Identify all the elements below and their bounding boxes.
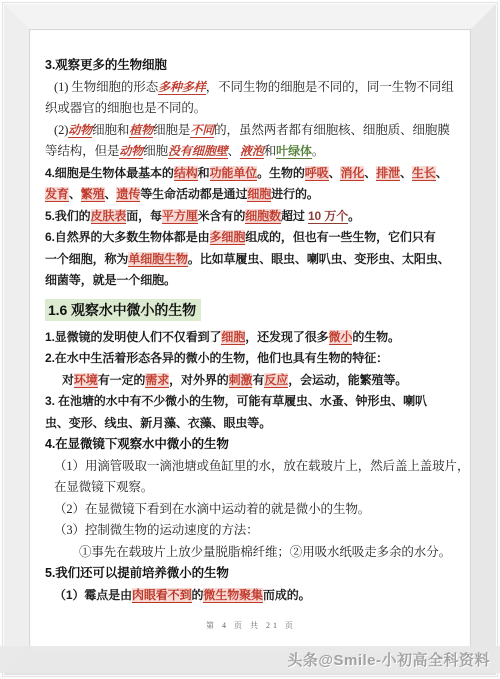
text-segment: 细菌等，就是一个细胞。 [45,273,176,287]
text-segment: 进行的。 [271,187,319,201]
watermark-bar: 头条@Smile-小初高全科资料 [0,646,500,673]
text-segment: 。 [348,209,360,223]
text-segment: 一个细胞，称为 [45,252,128,266]
text-segment: 叶绿体 [276,144,312,159]
text-segment: 不同 [190,123,214,138]
item-3b: 虫、变形、线虫、新月藻、衣藻、眼虫等。 [45,413,457,435]
text-segment: 4.在显微镜下观察水中微小的生物 [45,437,229,451]
text-segment: 等生命活动都是通过 [140,187,247,201]
text-segment: 结构 [174,166,198,181]
item-4-1b: 在显微镜下观察。 [45,477,457,499]
text-segment: 发育 [45,187,69,202]
text-segment: 6.自然界的大多数生物体都是由 [45,230,210,244]
text-segment: 刺激 [229,373,253,388]
text-segment: 。 [312,144,324,158]
item-3-1b: 织或器官的细胞也是不同的。 [45,98,457,120]
text-segment: 功能单位 [210,166,258,181]
item-4b: 发育、繁殖、遗传等生命活动都是通过细胞进行的。 [45,184,457,206]
text-segment: 细胞 [143,144,168,158]
section-heading-text: 1.6 观察水中微小的生物 [45,299,201,321]
text-segment: ，对外界的 [169,373,229,387]
text-segment: (1) 生物细胞的形态 [54,80,158,94]
text-segment: 细胞 [221,330,245,345]
text-segment: 细胞和 [92,123,129,137]
text-segment: 动物 [68,123,92,138]
item-2b: 对环境有一定的需求，对外界的刺激有反应，会运动，能繁殖等。 [45,370,457,392]
text-segment: 多细胞 [210,230,246,245]
item-3-1a: (1) 生物细胞的形态多种多样，不同生物的细胞是不同的，同一生物不同组 [45,77,457,99]
item-6b: 一个细胞，称为单细胞生物。比如草履虫、眼虫、喇叭虫、变形虫、太阳虫、 [45,249,457,271]
item-3a: 3. 在池塘的水中有不少微小的生物，可能有草履虫、水蚤、钟形虫、喇叭 [45,391,457,413]
item-5-1: （1）霉点是由肉眼看不到的微生物聚集而成的。 [45,585,457,607]
text-segment: 皮肤表 [91,209,127,224]
text-segment: （1）霉点是由 [54,588,132,602]
text-segment: 、 [329,166,341,180]
item-4-2: （2）在显微镜下看到在水滴中运动着的就是微小的生物。 [45,499,457,521]
text-segment: 、 [105,187,117,201]
text-segment: 的 [192,588,204,602]
text-segment: 对 [62,373,74,387]
text-segment: 微小 [329,330,353,345]
item-6c: 细菌等，就是一个细胞。 [45,270,457,292]
text-segment: ①事先在载玻片上放少量脱脂棉纤维；②用吸水纸吸走多余的水分。 [79,545,451,559]
document-page: 3.观察更多的生物细胞(1) 生物细胞的形态多种多样，不同生物的细胞是不同的，同… [31,31,469,654]
document-body: 3.观察更多的生物细胞(1) 生物细胞的形态多种多样，不同生物的细胞是不同的，同… [45,55,457,606]
page-number: 第 4 页 共 21 页 [45,620,457,631]
watermark-text: 头条@Smile-小初高全科资料 [287,649,490,670]
item-4-1a: （1）用滴管吸取一滴池塘或鱼缸里的水，放在载玻片上，然后盖上盖玻片， [45,456,457,478]
text-segment: 3. 在池塘的水中有不少微小的生物，可能有草履虫、水蚤、钟形虫、喇叭 [45,394,427,408]
text-segment: 消化 [340,166,364,181]
text-segment: 单细胞生物 [128,252,188,267]
text-segment: 细胞 [247,187,271,202]
item-3-2b: 等结构，但是动物细胞没有细胞壁、液泡和叶绿体。 [45,141,457,163]
text-segment: 4.细胞是生物体最基本的 [45,166,174,180]
heading-4: 4.在显微镜下观察水中微小的生物 [45,434,457,456]
text-segment: 、 [364,166,376,180]
text-segment: 液泡 [240,144,264,159]
item-4-3: （3）控制微生物的运动速度的方法： [45,520,457,542]
section-1-6: 1.6 观察水中微小的生物 [45,294,457,327]
text-segment: 米含有的 [198,209,246,223]
text-segment: 动物 [119,144,143,159]
text-segment: 5.我们还可以提前培养微小的生物 [45,566,229,580]
text-segment: 组成的，但也有一些生物，它们只有 [245,230,435,244]
text-segment: 在显微镜下观察。 [54,480,153,494]
text-segment: 有 [252,373,264,387]
text-segment: 多种多样 [158,80,206,95]
text-segment: 需求 [145,373,169,388]
text-segment: 、 [228,144,240,158]
text-segment: 反应 [264,373,288,388]
text-segment: 、 [436,166,448,180]
item-4-3b: ①事先在载玻片上放少量脱脂棉纤维；②用吸水纸吸走多余的水分。 [45,542,457,564]
text-segment: 10 万个 [308,209,348,224]
text-segment: 虫、变形、线虫、新月藻、衣藻、眼虫等。 [45,416,271,430]
text-segment: 繁殖 [81,187,105,202]
heading-3: 3.观察更多的生物细胞 [45,55,457,77]
text-segment: ，还发现了很多 [245,330,328,344]
item-3-2a: (2)动物细胞和植物细胞是不同的，虽然两者都有细胞核、细胞质、细胞膜 [45,120,457,142]
text-segment: 3.观察更多的生物细胞 [45,58,167,72]
text-segment: 生长 [412,166,436,181]
text-segment: （2）在显微镜下看到在水滴中运动着的就是微小的生物。 [54,502,370,516]
text-segment: 、 [69,187,81,201]
text-segment: 5.我们的 [45,209,91,223]
item-5: 5.我们的皮肤表面，每平方厘米含有的细胞数超过 10 万个。 [45,206,457,228]
text-segment: 。生物的 [257,166,305,180]
text-segment: 的生物。 [352,330,400,344]
text-segment: 平方厘 [162,209,198,224]
text-segment: (2) [54,123,68,137]
text-segment: 面，每 [126,209,162,223]
text-segment: （1）用滴管吸取一滴池塘或鱼缸里的水，放在载玻片上，然后盖上盖玻片， [54,459,469,473]
item-4a: 4.细胞是生物体最基本的结构和功能单位。生物的呼吸、消化、排泄、生长、 [45,163,457,185]
text-segment: 遗传 [116,187,140,202]
text-segment: ，会运动，能繁殖等。 [288,373,407,387]
text-segment: 有一定的 [98,373,146,387]
text-segment: 和 [264,144,276,158]
heading-5: 5.我们还可以提前培养微小的生物 [45,563,457,585]
text-segment: 没有细胞壁 [168,144,228,159]
text-segment: 细胞是 [153,123,190,137]
text-segment: ，不同生物的细胞是不同的，同一生物不同组 [206,80,454,94]
text-segment: （3）控制微生物的运动速度的方法： [54,523,259,537]
text-segment: 2.在水中生活着形态各异的微小的生物，他们也具有生物的特征： [45,351,388,365]
text-segment: 排泄 [376,166,400,181]
text-segment: 和 [198,166,210,180]
item-6a: 6.自然界的大多数生物体都是由多细胞组成的，但也有一些生物，它们只有 [45,227,457,249]
text-segment: 肉眼看不到 [132,588,192,603]
photo-background: 3.观察更多的生物细胞(1) 生物细胞的形态多种多样，不同生物的细胞是不同的，同… [0,0,500,679]
text-segment: 的，虽然两者都有细胞核、细胞质、细胞膜 [214,123,450,137]
text-segment: 细胞数 [245,209,281,224]
text-segment: 环境 [74,373,98,388]
text-segment: 织或器官的细胞也是不同的。 [45,101,206,115]
text-segment: 微生物聚集 [203,588,263,603]
text-segment: 呼吸 [305,166,329,181]
text-segment: 而成的。 [263,588,311,602]
text-segment: 超过 [281,209,308,223]
text-segment: 植物 [129,123,153,138]
text-segment: 1.显微镜的发明使人们不仅看到了 [45,330,221,344]
text-segment: 、 [400,166,412,180]
item-1: 1.显微镜的发明使人们不仅看到了细胞，还发现了很多微小的生物。 [45,327,457,349]
text-segment: 。比如草履虫、眼虫、喇叭虫、变形虫、太阳虫、 [188,252,450,266]
text-segment: 等结构，但是 [45,144,119,158]
item-2: 2.在水中生活着形态各异的微小的生物，他们也具有生物的特征： [45,348,457,370]
